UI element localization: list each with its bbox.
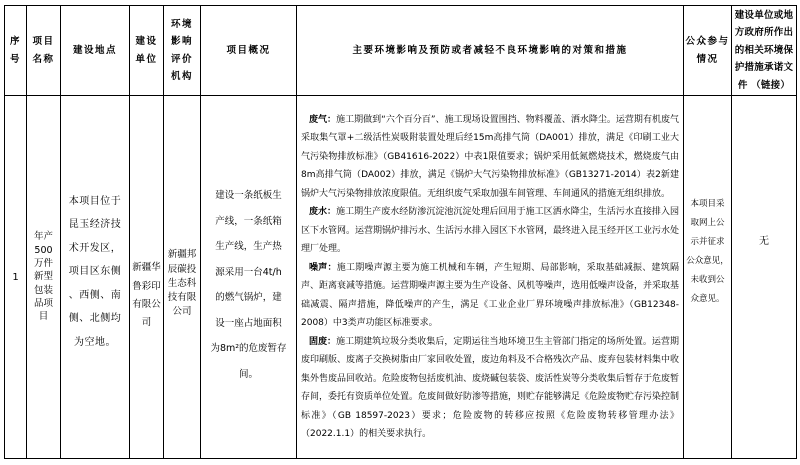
impact-text-solid-waste: 施工期建筑垃圾分类收集后，定期运往当地环境卫生主管部门指定的场所处置。运营期废印… — [301, 337, 679, 440]
impact-label-noise: 噪声： — [309, 263, 337, 273]
impact-text-waste-water: 施工期生产废水经防渗沉淀池沉淀处理后回用于施工区洒水降尘，生活污水直接排入园区下… — [301, 207, 679, 254]
impact-paragraph-waste-gas: 废气：施工期做到“六个百分百”、施工现场设置围挡、物料覆盖、洒水降尘。运营期有机… — [301, 111, 679, 204]
header-impacts-measures: 主要环境影响及预防或者减轻不良环境影响的对策和措施 — [297, 6, 684, 96]
impact-paragraph-waste-water: 废水：施工期生产废水经防渗沉淀池沉淀处理后回用于施工区洒水降尘，生活污水直接排入… — [301, 203, 679, 259]
cell-project-name: 年产 500 万件 新型 包装 品项 目 — [27, 96, 61, 459]
cell-location: 本项目位于 昆玉经济技 术开发区， 项目区东侧 、西侧、南 侧、北侧均 为空地。 — [61, 96, 130, 459]
header-commitment-link: 建设单位或地 方政府所作出 的相关环境保 护措施承诺文 件 （链接） — [732, 6, 797, 96]
cell-public-participation: 本项目采 取网上公 示并征求 公众意见， 未收到公 众意见。 — [684, 96, 732, 459]
table-row: 1 年产 500 万件 新型 包装 品项 目 本项目位于 昆玉经济技 术开发区，… — [5, 96, 797, 459]
cell-builder: 新疆华 鲁彩印 有限公 司 — [130, 96, 164, 459]
impact-text-noise: 施工期噪声源主要为施工机械和车辆，产生短期、局部影响，采取基础减振、建筑隔声、距… — [301, 263, 679, 329]
impact-label-waste-gas: 废气： — [309, 115, 336, 125]
header-public-participation: 公众参与 情况 — [684, 6, 732, 96]
header-row: 序 号 项目 名称 建设地点 建设 单位 环境 影响 评价 机构 项目概况 主要… — [5, 6, 797, 96]
impact-label-waste-water: 废水： — [309, 207, 336, 217]
eia-public-notice-table: 序 号 项目 名称 建设地点 建设 单位 环境 影响 评价 机构 项目概况 主要… — [4, 5, 797, 459]
header-location: 建设地点 — [61, 6, 130, 96]
header-builder: 建设 单位 — [130, 6, 164, 96]
impact-paragraph-solid-waste: 固废：施工期建筑垃圾分类收集后，定期运往当地环境卫生主管部门指定的场所处置。运营… — [301, 333, 679, 444]
cell-serial: 1 — [5, 96, 27, 459]
header-overview: 项目概况 — [201, 6, 297, 96]
cell-eia-agency: 新疆邦 辰碳投 生态科 技有限 公司 — [164, 96, 201, 459]
document-page: 序 号 项目 名称 建设地点 建设 单位 环境 影响 评价 机构 项目概况 主要… — [0, 0, 800, 465]
header-serial: 序 号 — [5, 6, 27, 96]
impact-text-waste-gas: 施工期做到“六个百分百”、施工现场设置围挡、物料覆盖、洒水降尘。运营期有机废气采… — [301, 115, 679, 199]
header-eia-agency: 环境 影响 评价 机构 — [164, 6, 201, 96]
impact-paragraph-noise: 噪声：施工期噪声源主要为施工机械和车辆，产生短期、局部影响，采取基础减振、建筑隔… — [301, 259, 679, 333]
header-project-name: 项目 名称 — [27, 6, 61, 96]
cell-overview: 建设一条纸板生 产线，一条纸箱 生产线，生产热 源采用一台4t/h 的燃气锅炉，… — [201, 96, 297, 459]
cell-impacts-measures: 废气：施工期做到“六个百分百”、施工现场设置围挡、物料覆盖、洒水降尘。运营期有机… — [297, 96, 684, 459]
cell-commitment: 无 — [732, 96, 797, 459]
impact-label-solid-waste: 固废： — [309, 337, 336, 347]
